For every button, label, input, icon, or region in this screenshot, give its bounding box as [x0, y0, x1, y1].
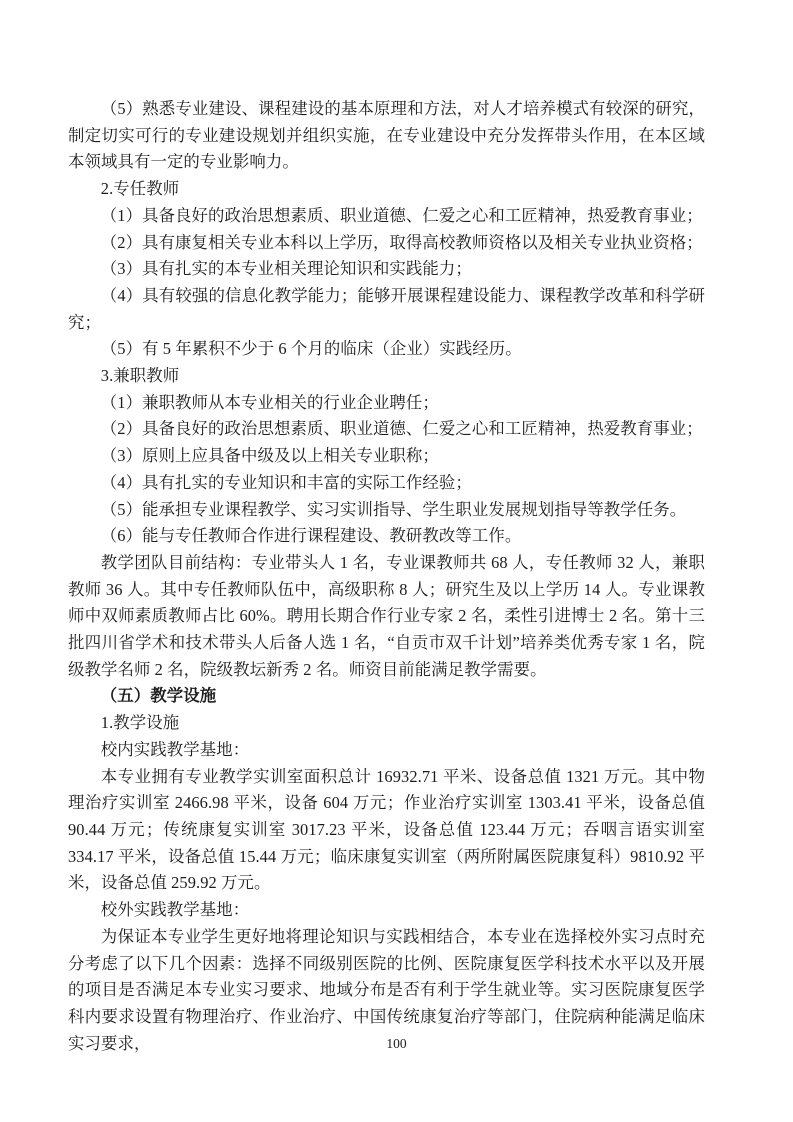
document-page: （5）熟悉专业建设、课程建设的基本原理和方法，对人才培养模式有较深的研究，制定切…: [0, 0, 793, 1122]
fulltime-requirement-1: （1）具备良好的政治思想素质、职业道德、仁爱之心和工匠精神，热爱教育事业；: [68, 203, 705, 230]
paragraph-teaching-team-structure: 教学团队目前结构：专业带头人 1 名，专业课教师共 68 人，专任教师 32 人…: [68, 550, 705, 684]
parttime-requirement-1: （1）兼职教师从本专业相关的行业企业聘任；: [68, 390, 705, 417]
label-off-campus-practice-base: 校外实践教学基地：: [68, 897, 705, 924]
paragraph-on-campus-facilities: 本专业拥有专业教学实训室面积总计 16932.71 平米、设备总值 1321 万…: [68, 764, 705, 898]
paragraph-expertise-clause-5: （5）熟悉专业建设、课程建设的基本原理和方法，对人才培养模式有较深的研究，制定切…: [68, 96, 705, 176]
subsection-fulltime-teachers: 2.专任教师: [68, 176, 705, 203]
fulltime-requirement-5: （5）有 5 年累积不少于 6 个月的临床（企业）实践经历。: [68, 336, 705, 363]
parttime-requirement-6: （6）能与专任教师合作进行课程建设、教研教改等工作。: [68, 523, 705, 550]
label-on-campus-practice-base: 校内实践教学基地：: [68, 737, 705, 764]
fulltime-requirement-2: （2）具有康复相关专业本科以上学历，取得高校教师资格以及相关专业执业资格；: [68, 230, 705, 257]
subsection-teaching-facilities: 1.教学设施: [68, 710, 705, 737]
parttime-requirement-3: （3）原则上应具备中级及以上相关专业职称；: [68, 443, 705, 470]
subsection-parttime-teachers: 3.兼职教师: [68, 363, 705, 390]
page-number: 100: [0, 1035, 793, 1053]
parttime-requirement-2: （2）具备良好的政治思想素质、职业道德、仁爱之心和工匠精神，热爱教育事业；: [68, 416, 705, 443]
parttime-requirement-4: （4）具有扎实的专业知识和丰富的实际工作经验；: [68, 470, 705, 497]
fulltime-requirement-3: （3）具有扎实的本专业相关理论知识和实践能力；: [68, 256, 705, 283]
document-body: （5）熟悉专业建设、课程建设的基本原理和方法，对人才培养模式有较深的研究，制定切…: [68, 96, 705, 1057]
parttime-requirement-5: （5）能承担专业课程教学、实习实训指导、学生职业发展规划指导等教学任务。: [68, 497, 705, 524]
fulltime-requirement-4: （4）具有较强的信息化教学能力；能够开展课程建设能力、课程教学改革和科学研究；: [68, 283, 705, 336]
section-heading-teaching-facilities: （五）教学设施: [68, 683, 705, 710]
